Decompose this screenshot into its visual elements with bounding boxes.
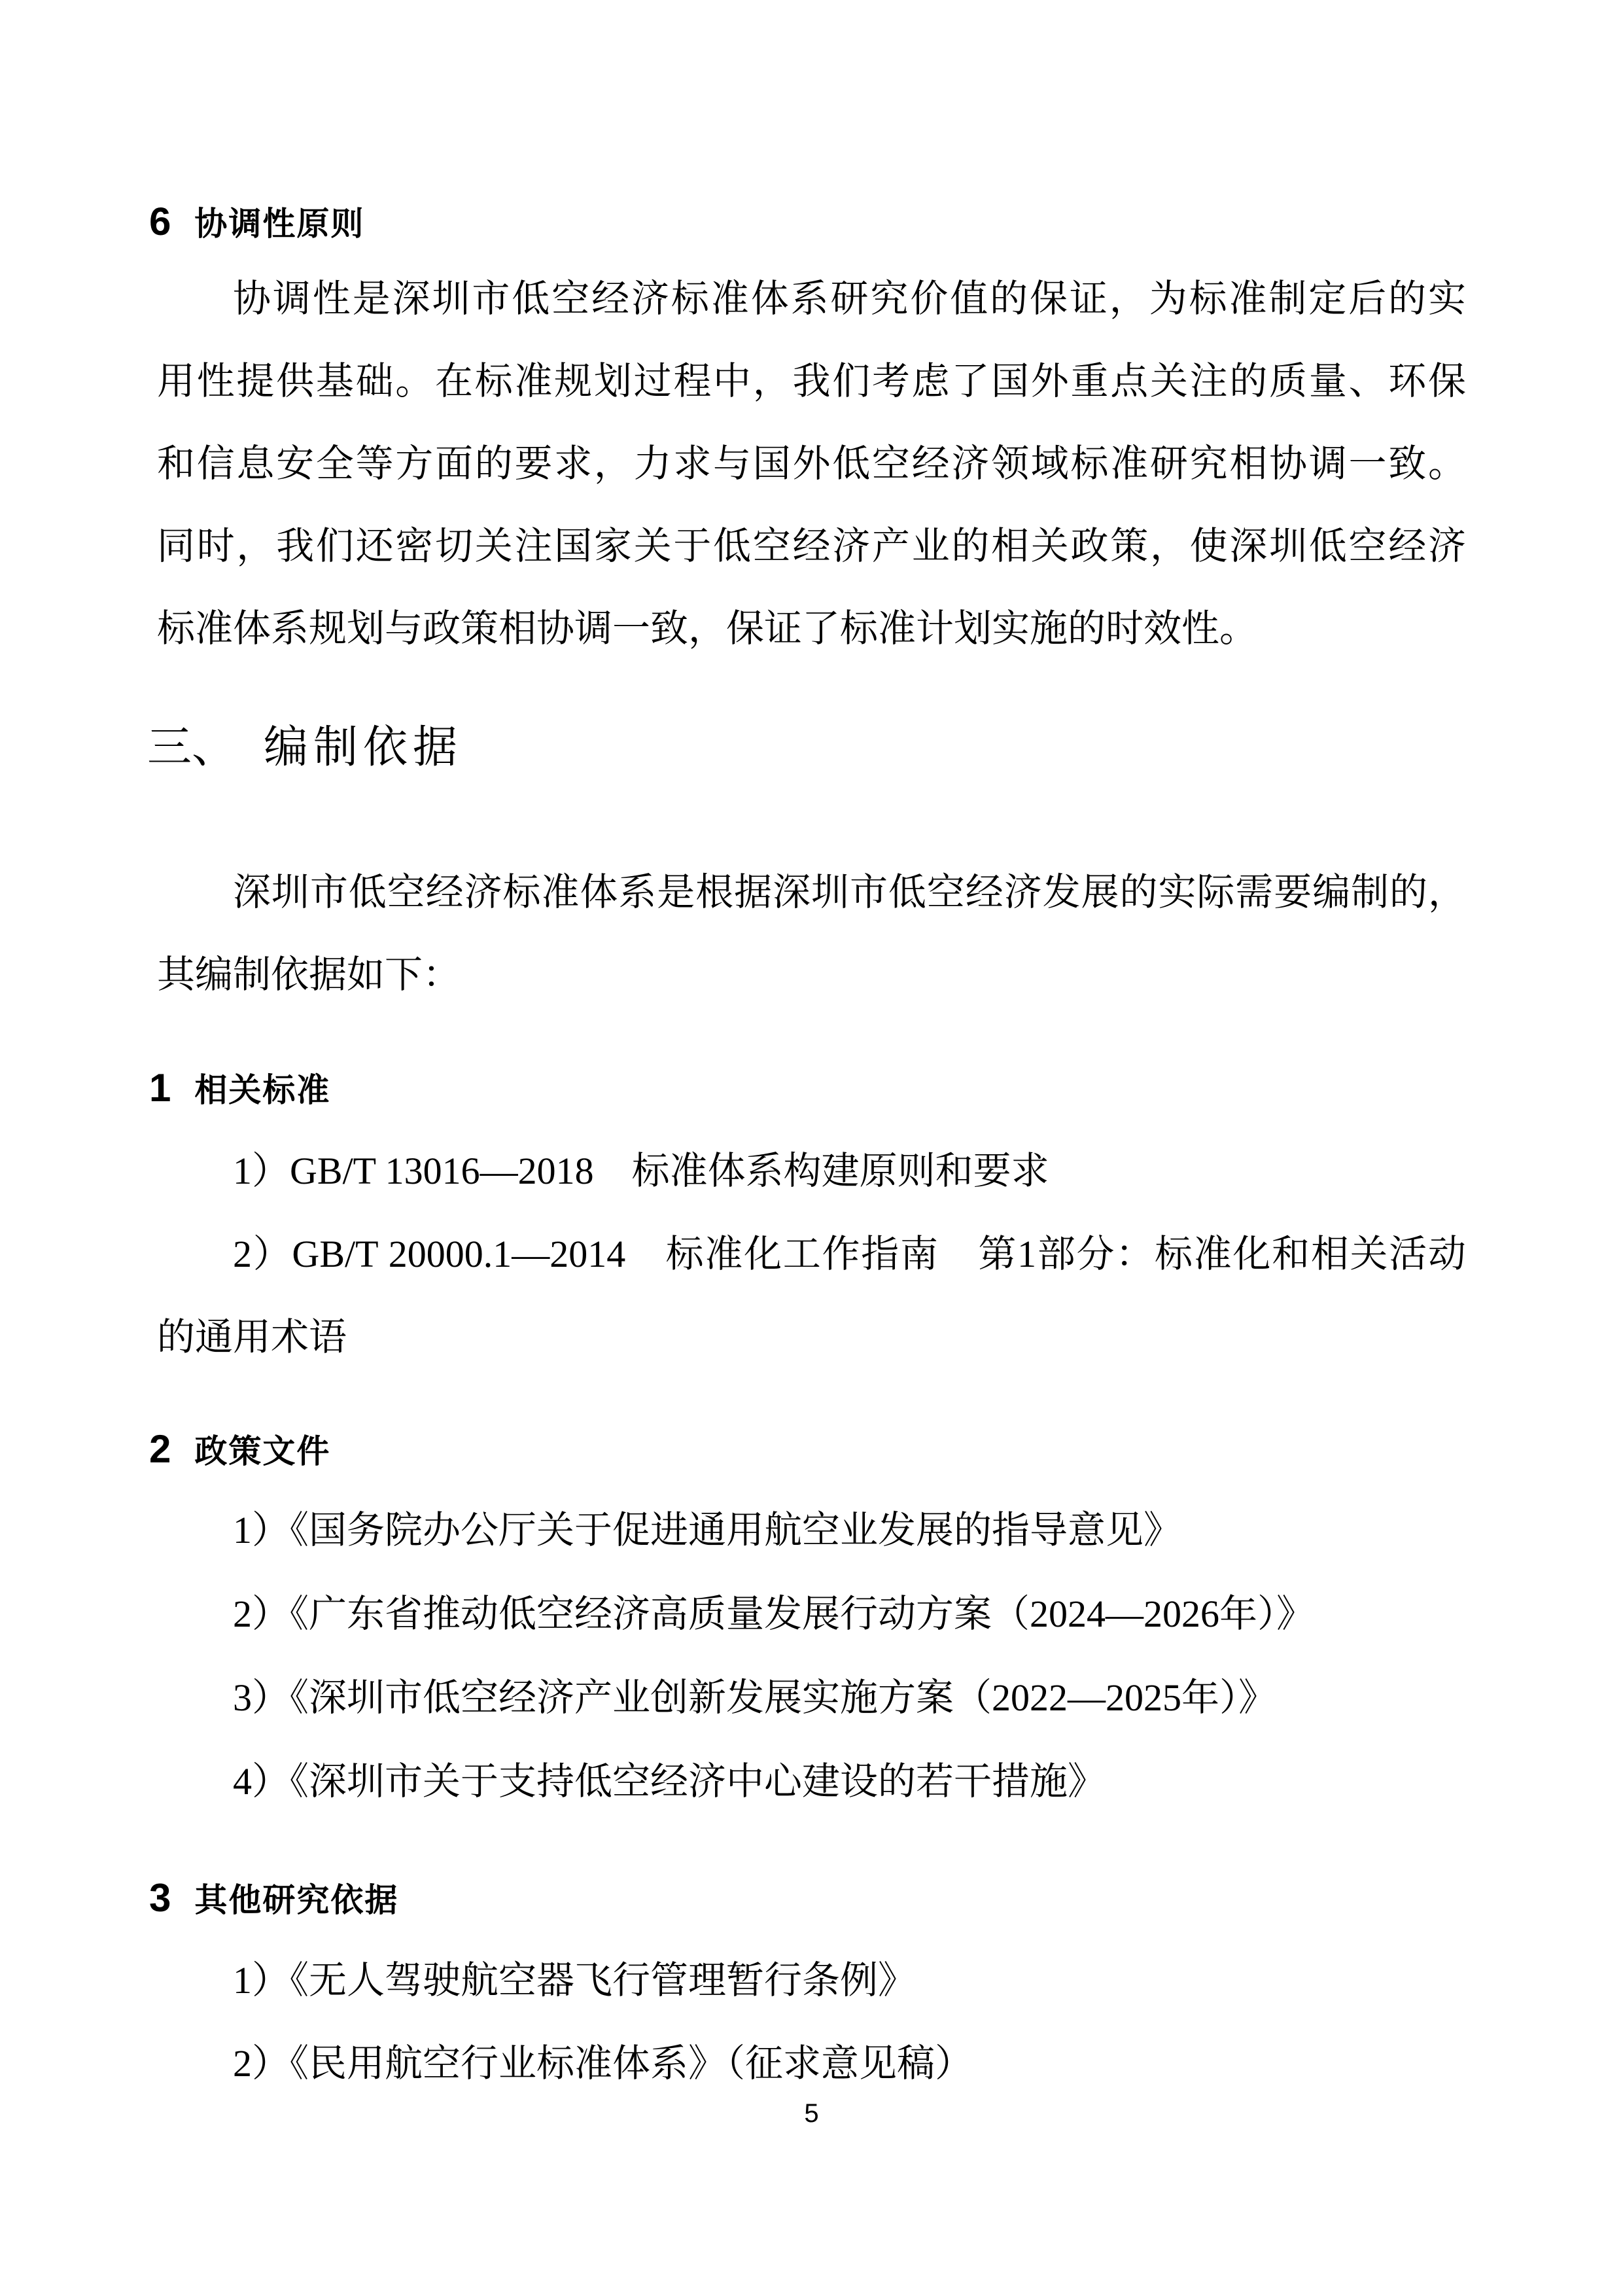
list-item: 1）GB/T 13016—2018 标准体系构建原则和要求	[157, 1129, 1466, 1212]
standards-list: 1）GB/T 13016—2018 标准体系构建原则和要求 2）GB/T 200…	[157, 1129, 1466, 1379]
heading-1-related-standards: 1相关标准	[149, 1065, 330, 1112]
heading-6-coordination-principle: 6协调性原则	[149, 198, 364, 245]
heading-title: 其他研究依据	[194, 1882, 398, 1918]
section-number: 三、	[147, 722, 236, 772]
list-item: 2）《民用航空行业标准体系》（征求意见稿）	[157, 2022, 1466, 2105]
list-item: 3）《深圳市低空经济产业创新发展实施方案（2022—2025年）》	[157, 1656, 1466, 1740]
body-line: 同时，我们还密切关注国家关于低空经济产业的相关政策，使深圳低空经济	[157, 505, 1466, 588]
body-line: 其编制依据如下：	[157, 934, 1466, 1016]
heading-2-policy-documents: 2政策文件	[149, 1426, 330, 1473]
heading-number: 3	[149, 1876, 171, 1920]
heading-3-other-research-basis: 3其他研究依据	[149, 1875, 398, 1922]
heading-title: 相关标准	[194, 1072, 330, 1108]
document-page: 6协调性原则 协调性是深圳市低空经济标准体系研究价值的保证，为标准制定后的实 用…	[0, 0, 1623, 2296]
heading-title: 政策文件	[194, 1433, 330, 1470]
body-line: 和信息安全等方面的要求，力求与国外低空经济领域标准研究相协调一致。	[157, 423, 1466, 505]
list-item: 1）《无人驾驶航空器飞行管理暂行条例》	[157, 1939, 1466, 2022]
heading-number: 1	[149, 1066, 171, 1110]
policy-list: 1）《国务院办公厅关于促进通用航空业发展的指导意见》 2）《广东省推动低空经济高…	[157, 1489, 1466, 1824]
paragraph-coordination: 协调性是深圳市低空经济标准体系研究价值的保证，为标准制定后的实 用性提供基础。在…	[157, 258, 1466, 670]
body-line: 标准体系规划与政策相协调一致，保证了标准计划实施的时效性。	[157, 588, 1466, 670]
page-number: 5	[0, 2099, 1623, 2128]
body-line: 协调性是深圳市低空经济标准体系研究价值的保证，为标准制定后的实	[157, 258, 1466, 340]
list-item: 2）《广东省推动低空经济高质量发展行动方案（2024—2026年）》	[157, 1572, 1466, 1656]
list-item-continuation: 的通用术语	[157, 1296, 1466, 1379]
heading-section-three-basis: 三、编制依据	[147, 721, 462, 775]
body-line: 深圳市低空经济标准体系是根据深圳市低空经济发展的实际需要编制的，	[157, 851, 1466, 934]
other-research-list: 1）《无人驾驶航空器飞行管理暂行条例》 2）《民用航空行业标准体系》（征求意见稿…	[157, 1939, 1466, 2105]
list-item: 2）GB/T 20000.1—2014 标准化工作指南 第1部分：标准化和相关活…	[157, 1212, 1466, 1296]
paragraph-basis-intro: 深圳市低空经济标准体系是根据深圳市低空经济发展的实际需要编制的， 其编制依据如下…	[157, 851, 1466, 1016]
list-item: 1）《国务院办公厅关于促进通用航空业发展的指导意见》	[157, 1489, 1466, 1572]
heading-number: 6	[149, 200, 171, 243]
list-item: 4）《深圳市关于支持低空经济中心建设的若干措施》	[157, 1740, 1466, 1824]
section-title: 编制依据	[264, 722, 462, 772]
heading-title: 协调性原则	[194, 205, 364, 242]
heading-number: 2	[149, 1427, 171, 1471]
body-line: 用性提供基础。在标准规划过程中，我们考虑了国外重点关注的质量、环保	[157, 340, 1466, 423]
